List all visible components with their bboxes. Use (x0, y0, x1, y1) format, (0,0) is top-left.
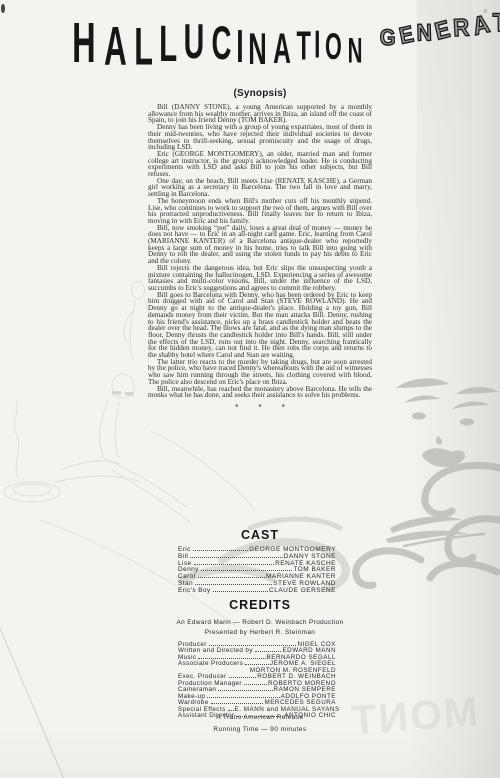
title-letter: L (134, 21, 153, 74)
synopsis-end-mark: * * * (148, 403, 372, 412)
ghost-swirl-tendrils (356, 465, 500, 585)
leader-dots (245, 664, 269, 665)
movie-title: HALLUCINATIONGENERATION (68, 22, 488, 66)
title-letter: A (273, 28, 291, 71)
cast-row: Eric's Boy CLAUDE GERSENE (178, 588, 336, 595)
release-line: A Trans American Release (148, 714, 372, 721)
title-letter: C (212, 19, 232, 67)
cast-section: CAST Eric GEORGE MONTGOMERY Bill DANNY S… (148, 528, 372, 595)
title-word-generation: GENERATION (376, 1, 500, 52)
leader-dots (228, 710, 234, 711)
production-line: An Edward Mann — Robert D. Weinbach Prod… (148, 619, 372, 626)
title-letter: T (492, 11, 500, 37)
cast-heading: CAST (148, 528, 372, 542)
leader-dots (218, 690, 272, 691)
title-letter: R (452, 17, 470, 42)
title-letter: A (470, 12, 491, 41)
title-letter: A (104, 20, 127, 75)
title-letter: L (159, 20, 177, 71)
synopsis-paragraph: The latter trio reacts to the murder by … (148, 359, 372, 386)
synopsis-paragraph: Bill (DANNY STONE), a young American sup… (148, 104, 372, 124)
title-word-hallucination: HALLUCINATION (68, 22, 365, 66)
synopsis-paragraph: One day, on the beach, Bill meets Lise (… (148, 178, 372, 198)
leader-dots (255, 651, 282, 652)
leader-dots (213, 591, 268, 592)
leader-dots (198, 577, 265, 578)
leader-dots (193, 550, 248, 551)
scan-shadow-right (405, 0, 500, 778)
synopsis-paragraph: Eric (GEORGE MONTGOMERY), an older, marr… (148, 151, 372, 178)
title-letter: O (325, 30, 342, 67)
cast-list: Eric GEORGE MONTGOMERY Bill DANNY STONE … (178, 547, 336, 595)
synopsis-paragraphs: Bill (DANNY STONE), a young American sup… (148, 104, 372, 399)
presented-line: Presented by Herbert R. Steinman (148, 629, 372, 636)
title-letter: G (379, 27, 395, 50)
title-letter: I (314, 26, 320, 65)
title-letter: H (72, 16, 96, 72)
leader-dots (198, 658, 265, 659)
synopsis-heading: (Synopsis) (148, 88, 372, 99)
synopsis-section: (Synopsis) Bill (DANNY STONE), a young A… (148, 88, 372, 412)
leader-dots (195, 584, 272, 585)
leader-dots (209, 645, 297, 646)
synopsis-paragraph: Bill, meanwhile, has reached the monaste… (148, 386, 372, 399)
credits-list: Producer NIGEL COX Written and Directed … (178, 642, 336, 719)
leader-dots (229, 677, 257, 678)
leader-dots (211, 703, 264, 704)
leader-dots (190, 557, 283, 558)
credit-role: Associate Producers (178, 661, 243, 667)
credits-heading: CREDITS (148, 598, 372, 612)
footer-section: A Trans American Release Running Time — … (148, 714, 372, 733)
title-letter: T (296, 26, 310, 67)
synopsis-paragraph: Bill rejects the dangerous idea, but Eri… (148, 265, 372, 292)
runtime-line: Running Time — 90 minutes (148, 726, 372, 733)
cast-role: Eric's Boy (178, 588, 211, 595)
leader-dots (244, 684, 267, 685)
title-letter: E (396, 22, 414, 48)
synopsis-paragraph: Denny has been living with a group of yo… (148, 124, 372, 151)
title-letter: N (248, 28, 266, 72)
leader-dots (194, 564, 275, 565)
leader-dots (201, 570, 293, 571)
scan-speck-top-left (1, 4, 5, 13)
title-letter: I (236, 25, 243, 71)
paper-crease-line (0, 627, 66, 778)
title-letter: N (416, 22, 432, 46)
cast-actor-name: CLAUDE GERSENE (269, 588, 336, 595)
leader-dots (207, 697, 279, 698)
title-letter: E (432, 18, 452, 45)
title-letter: U (184, 19, 205, 68)
synopsis-paragraph: Bill goes to Barcelona with Denny, who h… (148, 292, 372, 359)
title-letter: N (347, 33, 362, 69)
ghost-face-swirl-art (386, 378, 498, 543)
synopsis-paragraph: The honeymoon ends when Bill's mother cu… (148, 198, 372, 225)
press-kit-page: MONT HALLUCINATIONGENERATION (Synopsis) … (0, 0, 500, 778)
synopsis-paragraph: Bill, now smoking “pot” daily, loses a g… (148, 225, 372, 265)
credits-section: CREDITS An Edward Mann — Robert D. Weinb… (148, 598, 372, 719)
